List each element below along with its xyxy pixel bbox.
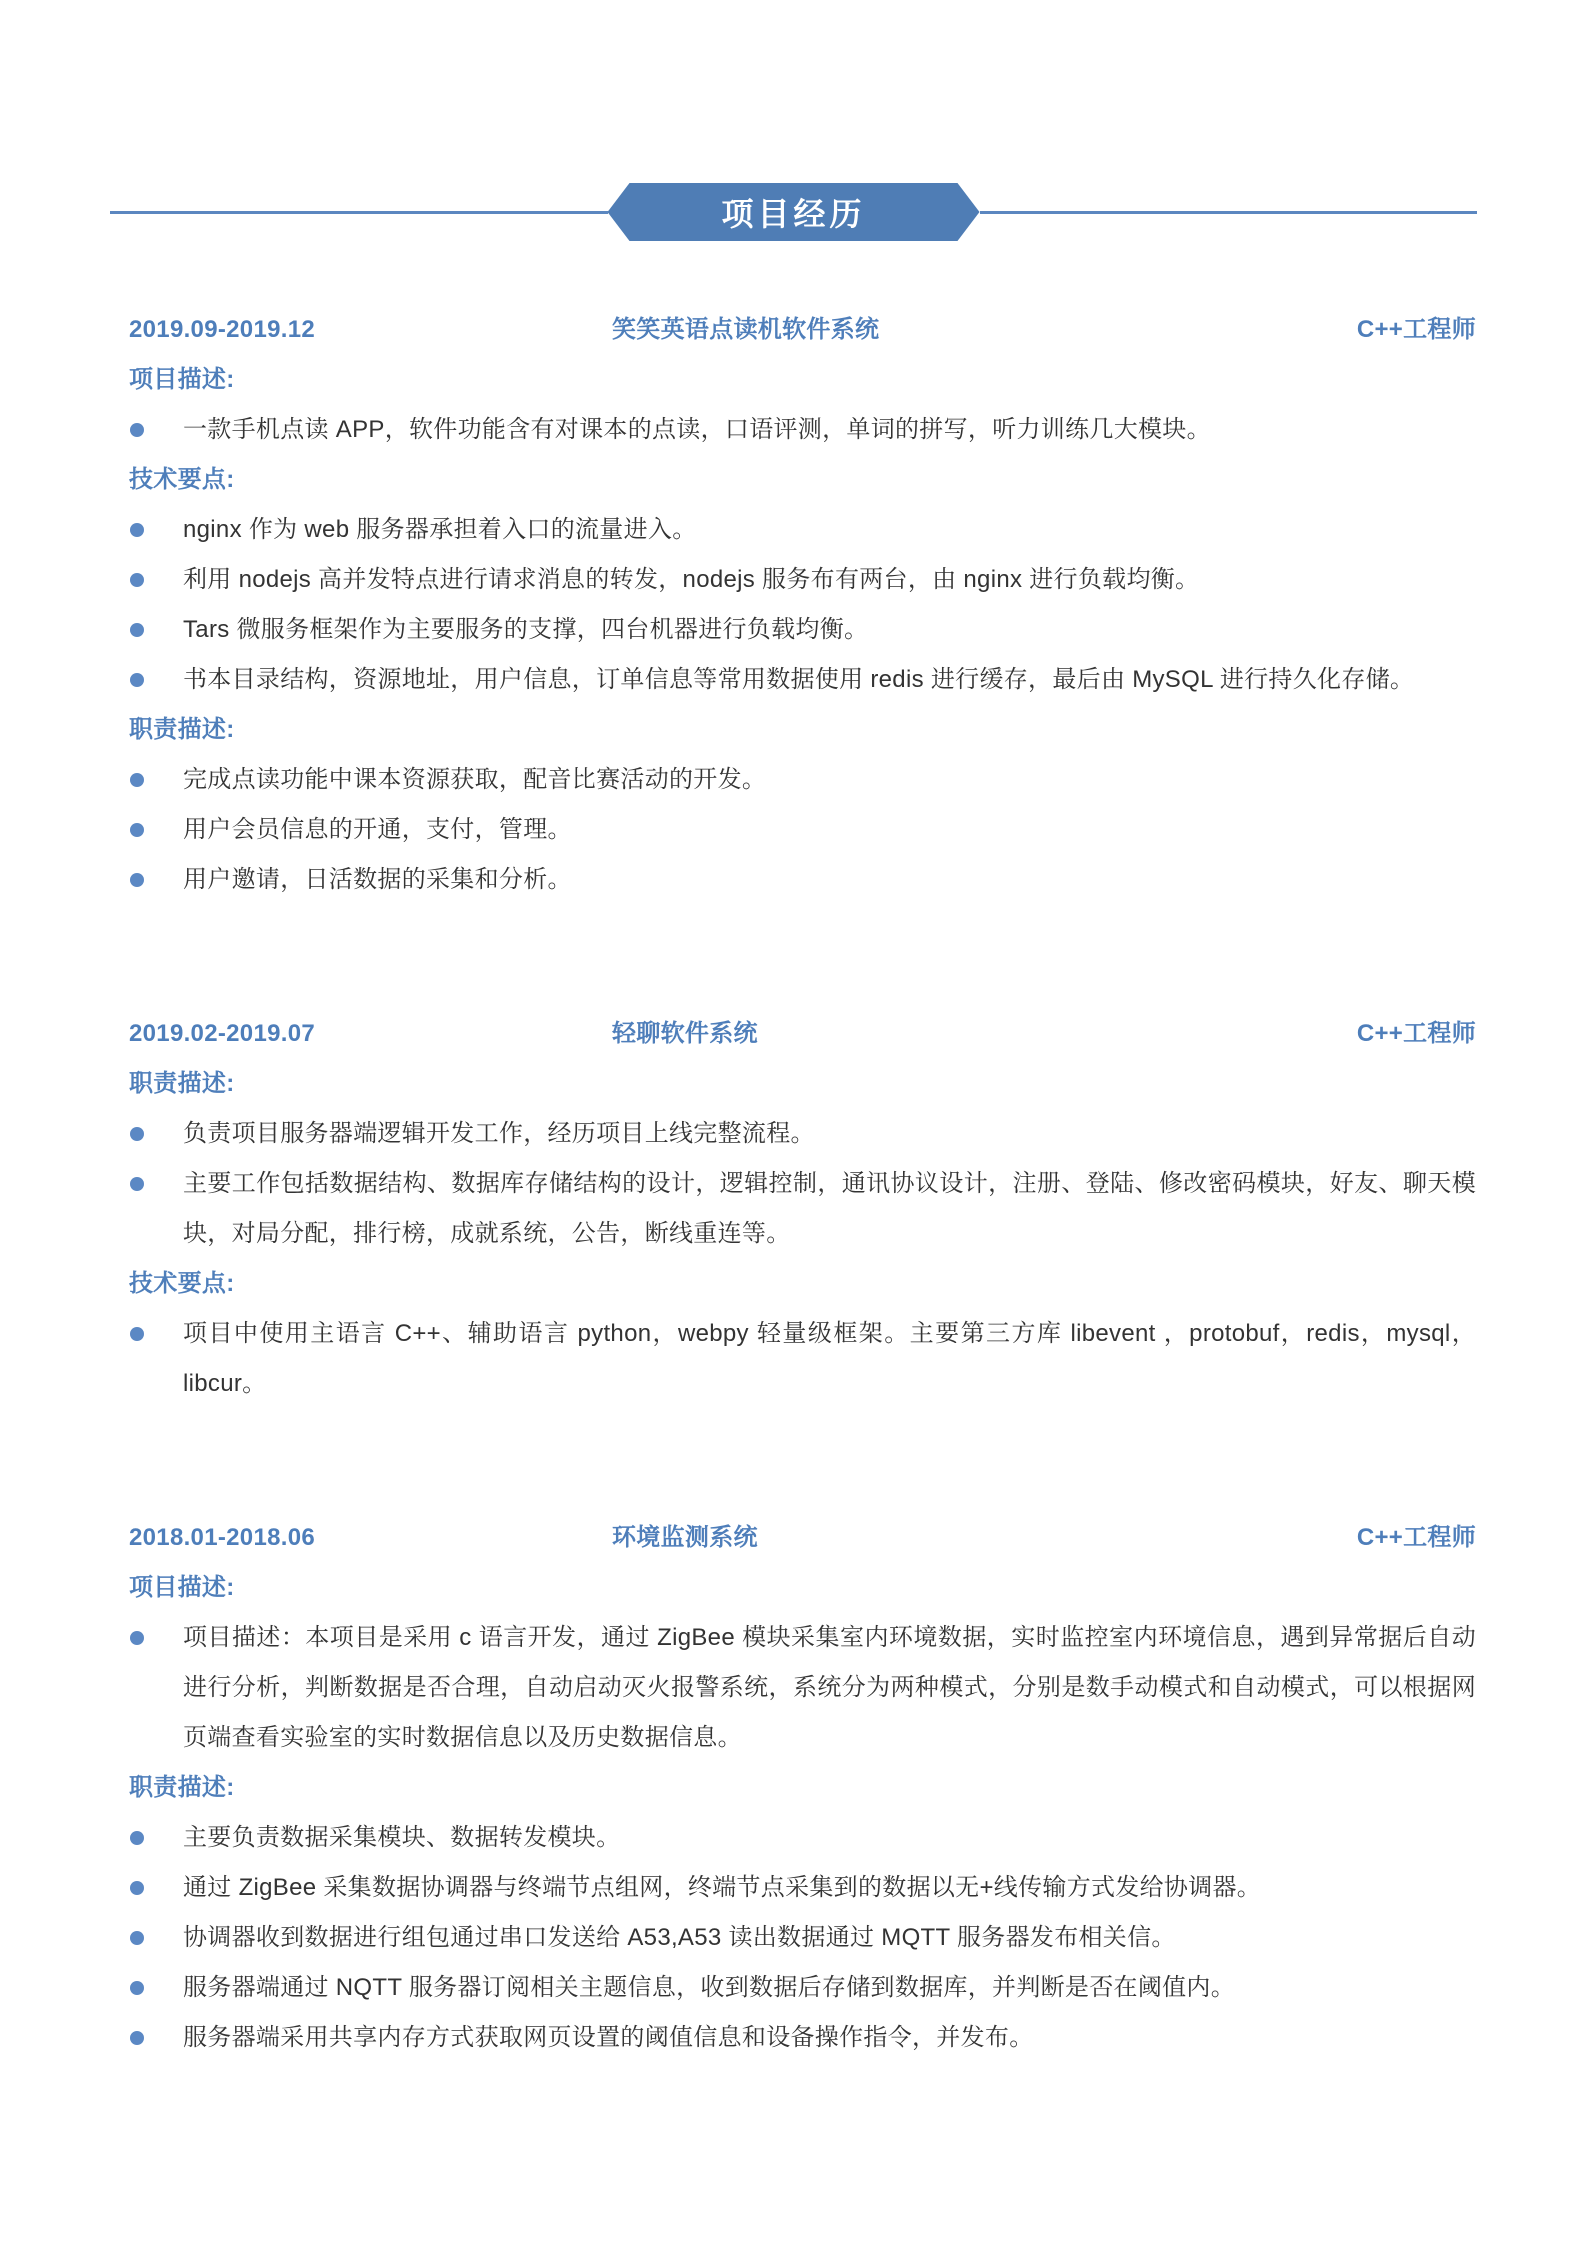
resume-page: 项目经历 2019.09-2019.12 笑笑英语点读机软件系统 C++工程师 … <box>0 183 1587 2063</box>
project-section: 技术要点: nginx 作为 web 服务器承担着入口的流量进入。 利用 nod… <box>129 455 1476 705</box>
project-role: C++工程师 <box>1357 1009 1476 1059</box>
project-section: 职责描述: 完成点读功能中课本资源获取，配音比赛活动的开发。 用户会员信息的开通… <box>129 705 1476 905</box>
bullet-list: 完成点读功能中课本资源获取，配音比赛活动的开发。 用户会员信息的开通，支付，管理… <box>129 755 1476 905</box>
project-sections: 项目描述: 一款手机点读 APP，软件功能含有对课本的点读，口语评测，单词的拼写… <box>129 355 1476 905</box>
bullet-icon <box>130 773 144 787</box>
project-period: 2019.02-2019.07 <box>129 1009 315 1059</box>
project-title: 环境监测系统 <box>612 1513 758 1563</box>
section-label: 职责描述: <box>129 1059 1476 1109</box>
bullet-item: 负责项目服务器端逻辑开发工作，经历项目上线完整流程。 <box>129 1109 1476 1159</box>
bullet-text: 协调器收到数据进行组包通过串口发送给 A53,A53 读出数据通过 MQTT 服… <box>183 1913 1476 1963</box>
project-period: 2018.01-2018.06 <box>129 1513 315 1563</box>
project-sections: 职责描述: 负责项目服务器端逻辑开发工作，经历项目上线完整流程。 主要工作包括数… <box>129 1059 1476 1409</box>
section-label: 技术要点: <box>129 455 1476 505</box>
bullet-text: 书本目录结构，资源地址，用户信息，订单信息等常用数据使用 redis 进行缓存，… <box>183 655 1476 705</box>
section-label: 职责描述: <box>129 1763 1476 1813</box>
bullet-icon <box>130 623 144 637</box>
project-header: 2019.02-2019.07 轻聊软件系统 C++工程师 <box>129 1009 1476 1059</box>
bullet-item: 服务器端通过 NQTT 服务器订阅相关主题信息，收到数据后存储到数据库，并判断是… <box>129 1963 1476 2013</box>
section-banner: 项目经历 <box>110 183 1477 241</box>
bullet-text: 服务器端采用共享内存方式获取网页设置的阈值信息和设备操作指令，并发布。 <box>183 2013 1476 2063</box>
bullet-icon <box>130 1981 144 1995</box>
section-label: 项目描述: <box>129 1563 1476 1613</box>
bullet-item: 一款手机点读 APP，软件功能含有对课本的点读，口语评测，单词的拼写，听力训练几… <box>129 405 1476 455</box>
section-label: 技术要点: <box>129 1259 1476 1309</box>
project-entry: 2018.01-2018.06 环境监测系统 C++工程师 项目描述: 项目描述… <box>129 1513 1476 2063</box>
bullet-item: 项目描述：本项目是采用 c 语言开发，通过 ZigBee 模块采集室内环境数据，… <box>129 1613 1476 1763</box>
bullet-text: 通过 ZigBee 采集数据协调器与终端节点组网，终端节点采集到的数据以无+线传… <box>183 1863 1476 1913</box>
project-entry: 2019.09-2019.12 笑笑英语点读机软件系统 C++工程师 项目描述:… <box>129 305 1476 905</box>
project-header: 2019.09-2019.12 笑笑英语点读机软件系统 C++工程师 <box>129 305 1476 355</box>
bullet-list: 项目描述：本项目是采用 c 语言开发，通过 ZigBee 模块采集室内环境数据，… <box>129 1613 1476 1763</box>
bullet-icon <box>130 1831 144 1845</box>
bullet-text: 主要工作包括数据结构、数据库存储结构的设计，逻辑控制，通讯协议设计，注册、登陆、… <box>183 1159 1476 1259</box>
bullet-text: Tars 微服务框架作为主要服务的支撑，四台机器进行负载均衡。 <box>183 605 1476 655</box>
bullet-text: 利用 nodejs 高并发特点进行请求消息的转发，nodejs 服务布有两台，由… <box>183 555 1476 605</box>
bullet-icon <box>130 523 144 537</box>
bullet-text: 服务器端通过 NQTT 服务器订阅相关主题信息，收到数据后存储到数据库，并判断是… <box>183 1963 1476 2013</box>
bullet-icon <box>130 1327 144 1341</box>
bullet-item: 用户邀请，日活数据的采集和分析。 <box>129 855 1476 905</box>
bullet-item: 用户会员信息的开通，支付，管理。 <box>129 805 1476 855</box>
bullet-text: 用户邀请，日活数据的采集和分析。 <box>183 855 1476 905</box>
bullet-item: 书本目录结构，资源地址，用户信息，订单信息等常用数据使用 redis 进行缓存，… <box>129 655 1476 705</box>
bullet-list: 一款手机点读 APP，软件功能含有对课本的点读，口语评测，单词的拼写，听力训练几… <box>129 405 1476 455</box>
bullet-icon <box>130 423 144 437</box>
project-section: 项目描述: 一款手机点读 APP，软件功能含有对课本的点读，口语评测，单词的拼写… <box>129 355 1476 455</box>
bullet-text: nginx 作为 web 服务器承担着入口的流量进入。 <box>183 505 1476 555</box>
section-label: 项目描述: <box>129 355 1476 405</box>
bullet-item: 主要负责数据采集模块、数据转发模块。 <box>129 1813 1476 1863</box>
project-role: C++工程师 <box>1357 305 1476 355</box>
project-section: 职责描述: 主要负责数据采集模块、数据转发模块。 通过 ZigBee 采集数据协… <box>129 1763 1476 2063</box>
bullet-item: nginx 作为 web 服务器承担着入口的流量进入。 <box>129 505 1476 555</box>
bullet-icon <box>130 1177 144 1191</box>
section-ribbon: 项目经历 <box>608 183 980 241</box>
project-title: 笑笑英语点读机软件系统 <box>612 305 879 355</box>
banner-rule-right <box>980 211 1478 214</box>
bullet-icon <box>130 673 144 687</box>
banner-rule-left <box>110 211 608 214</box>
bullet-text: 负责项目服务器端逻辑开发工作，经历项目上线完整流程。 <box>183 1109 1476 1159</box>
project-entry: 2019.02-2019.07 轻聊软件系统 C++工程师 职责描述: 负责项目… <box>129 1009 1476 1409</box>
bullet-list: 项目中使用主语言 C++、辅助语言 python，webpy 轻量级框架。主要第… <box>129 1309 1476 1409</box>
bullet-item: 利用 nodejs 高并发特点进行请求消息的转发，nodejs 服务布有两台，由… <box>129 555 1476 605</box>
project-section: 项目描述: 项目描述：本项目是采用 c 语言开发，通过 ZigBee 模块采集室… <box>129 1563 1476 1763</box>
bullet-icon <box>130 823 144 837</box>
bullet-icon <box>130 1127 144 1141</box>
bullet-text: 主要负责数据采集模块、数据转发模块。 <box>183 1813 1476 1863</box>
bullet-icon <box>130 1931 144 1945</box>
bullet-item: 项目中使用主语言 C++、辅助语言 python，webpy 轻量级框架。主要第… <box>129 1309 1476 1409</box>
bullet-text: 一款手机点读 APP，软件功能含有对课本的点读，口语评测，单词的拼写，听力训练几… <box>183 405 1476 455</box>
bullet-item: 通过 ZigBee 采集数据协调器与终端节点组网，终端节点采集到的数据以无+线传… <box>129 1863 1476 1913</box>
project-section: 职责描述: 负责项目服务器端逻辑开发工作，经历项目上线完整流程。 主要工作包括数… <box>129 1059 1476 1259</box>
bullet-text: 项目中使用主语言 C++、辅助语言 python，webpy 轻量级框架。主要第… <box>183 1309 1476 1409</box>
bullet-icon <box>130 1881 144 1895</box>
project-title: 轻聊软件系统 <box>612 1009 758 1059</box>
section-label: 职责描述: <box>129 705 1476 755</box>
bullet-icon <box>130 2031 144 2045</box>
bullet-icon <box>130 1631 144 1645</box>
bullet-list: 负责项目服务器端逻辑开发工作，经历项目上线完整流程。 主要工作包括数据结构、数据… <box>129 1109 1476 1259</box>
bullet-item: 服务器端采用共享内存方式获取网页设置的阈值信息和设备操作指令，并发布。 <box>129 2013 1476 2063</box>
bullet-item: 主要工作包括数据结构、数据库存储结构的设计，逻辑控制，通讯协议设计，注册、登陆、… <box>129 1159 1476 1259</box>
bullet-item: Tars 微服务框架作为主要服务的支撑，四台机器进行负载均衡。 <box>129 605 1476 655</box>
project-header: 2018.01-2018.06 环境监测系统 C++工程师 <box>129 1513 1476 1563</box>
projects-list: 2019.09-2019.12 笑笑英语点读机软件系统 C++工程师 项目描述:… <box>129 305 1476 2063</box>
bullet-list: nginx 作为 web 服务器承担着入口的流量进入。 利用 nodejs 高并… <box>129 505 1476 705</box>
bullet-item: 完成点读功能中课本资源获取，配音比赛活动的开发。 <box>129 755 1476 805</box>
bullet-icon <box>130 573 144 587</box>
section-title: 项目经历 <box>721 189 865 235</box>
bullet-icon <box>130 873 144 887</box>
bullet-text: 项目描述：本项目是采用 c 语言开发，通过 ZigBee 模块采集室内环境数据，… <box>183 1613 1476 1763</box>
project-section: 技术要点: 项目中使用主语言 C++、辅助语言 python，webpy 轻量级… <box>129 1259 1476 1409</box>
bullet-item: 协调器收到数据进行组包通过串口发送给 A53,A53 读出数据通过 MQTT 服… <box>129 1913 1476 1963</box>
project-role: C++工程师 <box>1357 1513 1476 1563</box>
project-period: 2019.09-2019.12 <box>129 305 315 355</box>
project-sections: 项目描述: 项目描述：本项目是采用 c 语言开发，通过 ZigBee 模块采集室… <box>129 1563 1476 2063</box>
bullet-text: 完成点读功能中课本资源获取，配音比赛活动的开发。 <box>183 755 1476 805</box>
bullet-list: 主要负责数据采集模块、数据转发模块。 通过 ZigBee 采集数据协调器与终端节… <box>129 1813 1476 2063</box>
bullet-text: 用户会员信息的开通，支付，管理。 <box>183 805 1476 855</box>
